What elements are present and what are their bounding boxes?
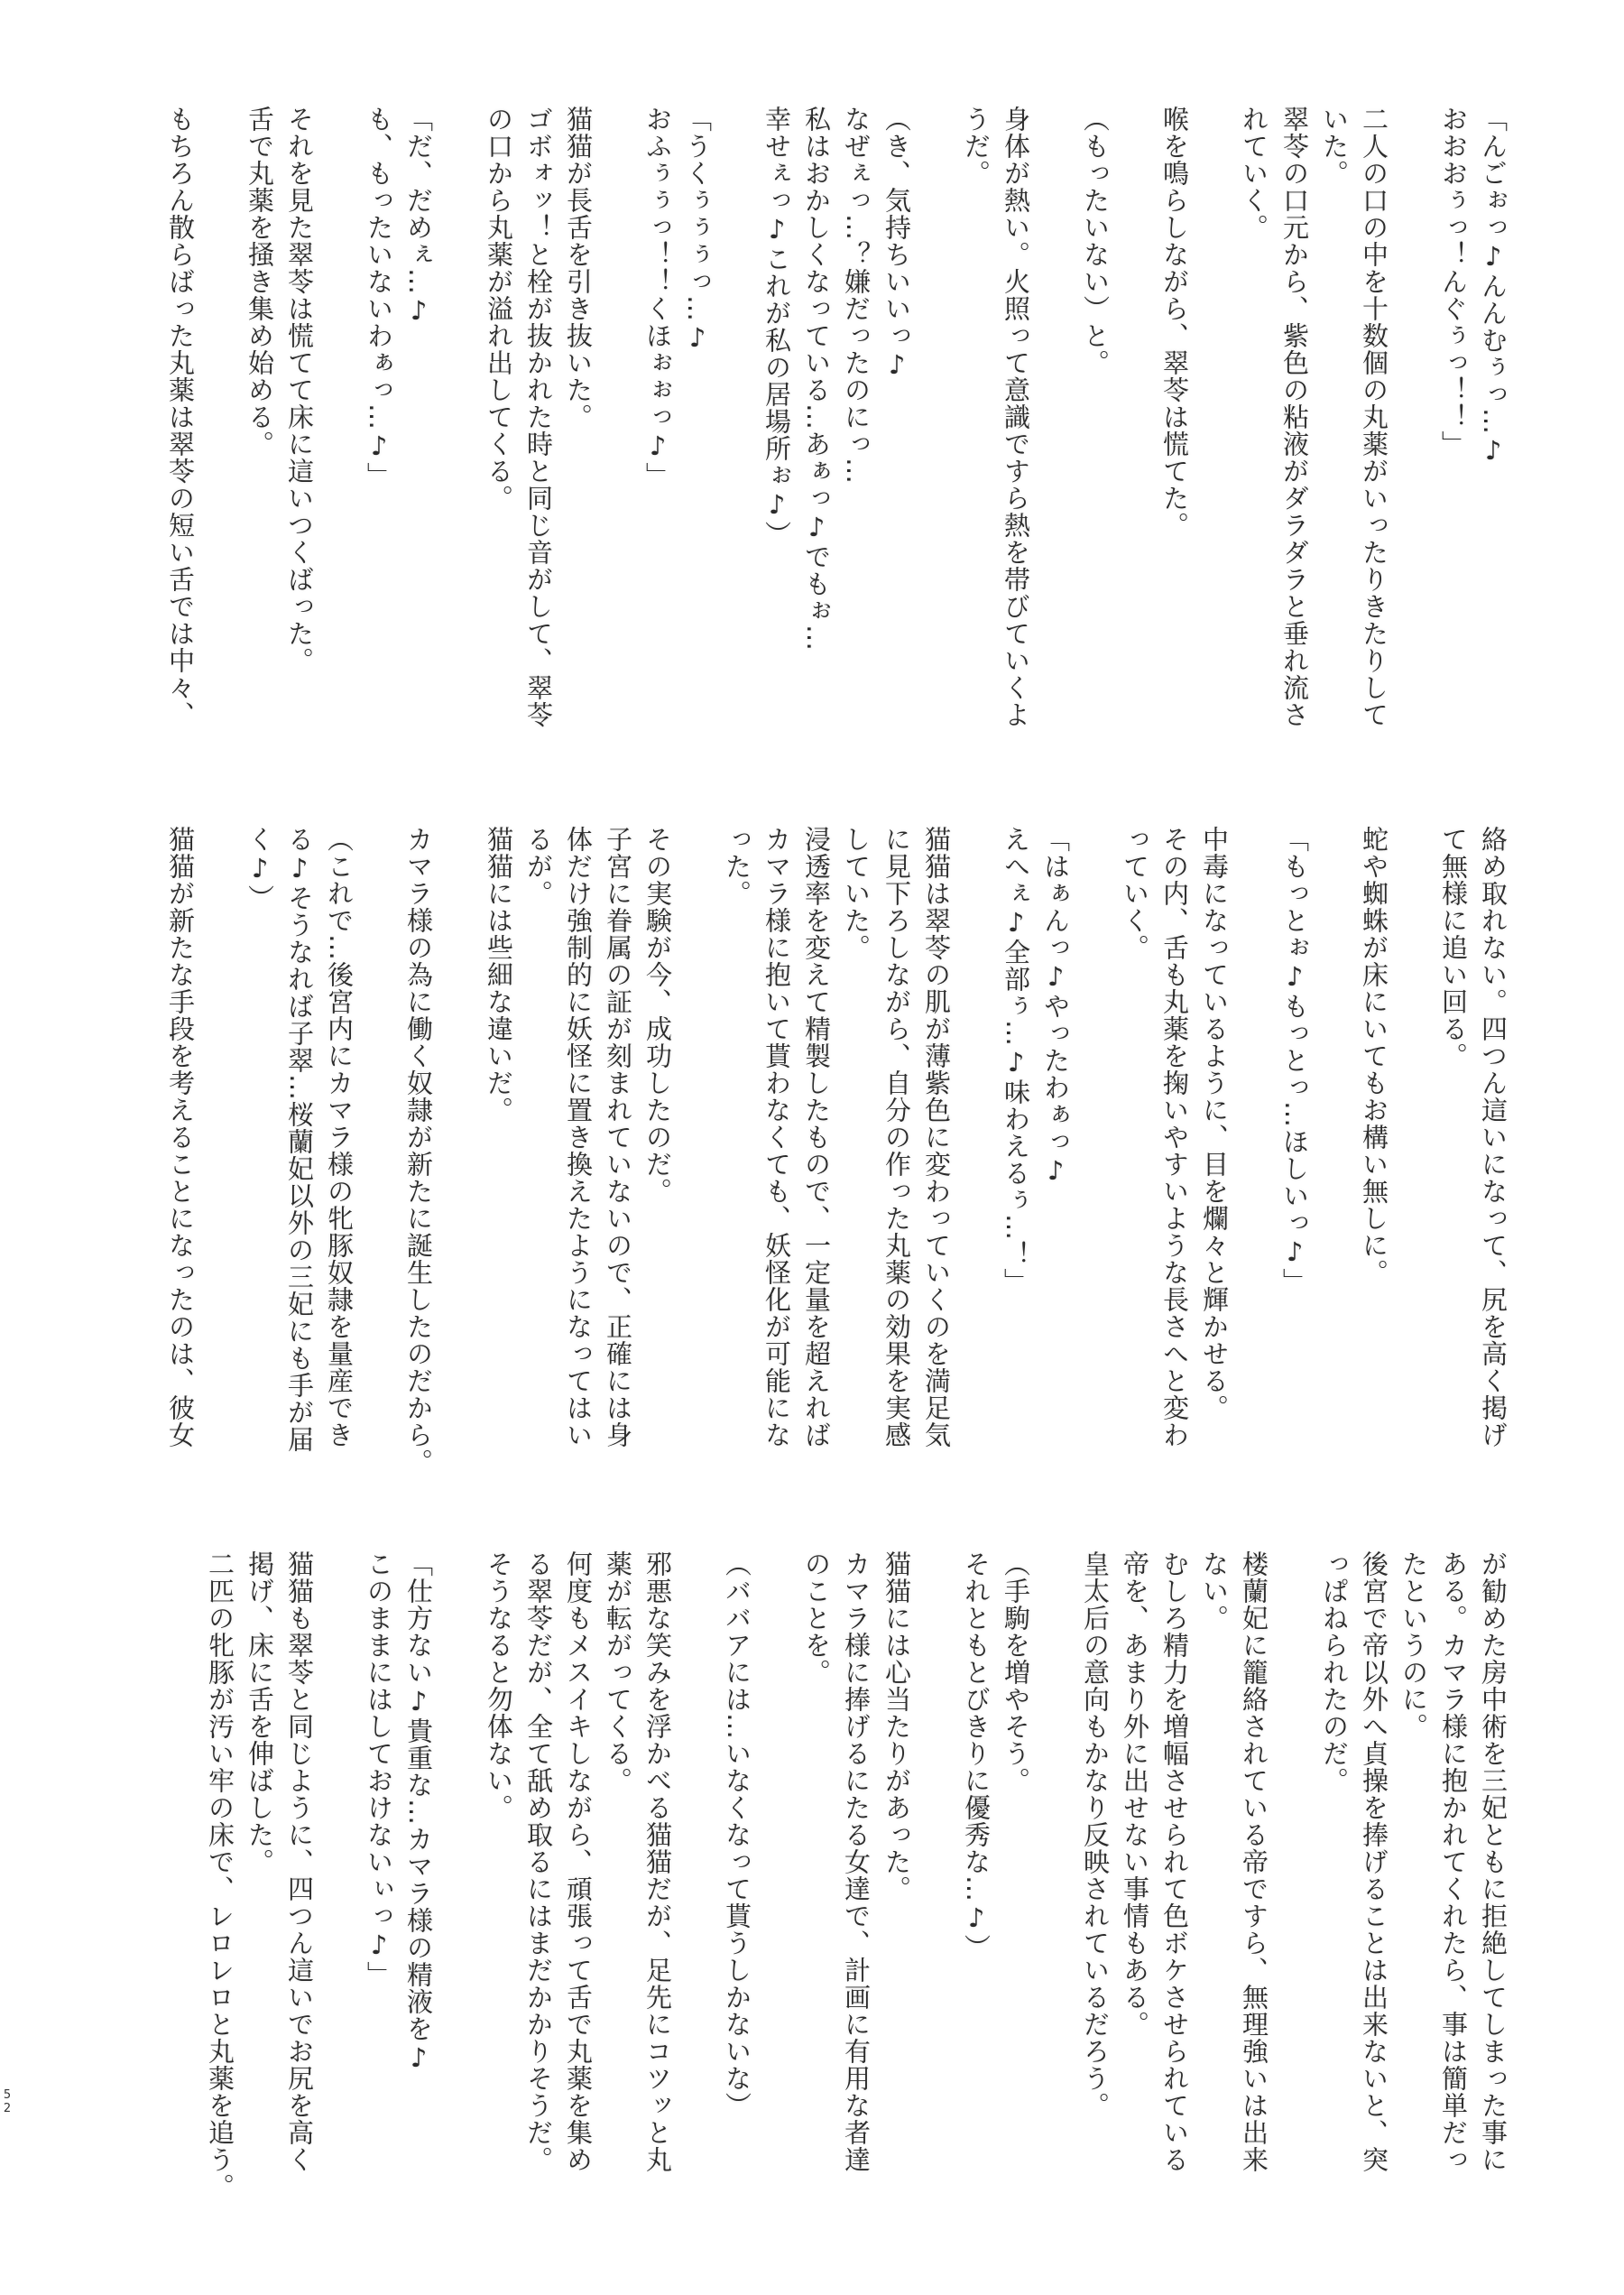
text-column: 猫猫には心当たりがあった。 [883,1550,910,1902]
text-column: それを見た翠苓は慌てて床に這いつくばった。 [286,106,313,674]
text-column: 「もっとぉ♪もっとっ…ほしいっ♪」 [1281,826,1308,1295]
text-column: 帝を、あまり外に出せない事情もある。 [1121,1550,1149,2038]
text-column: った。 [724,826,751,907]
text-column: 皇太后の意向もかなり反映されているだろう。 [1082,1550,1109,2119]
text-column: カマラ様の為に働く奴隷が新たに誕生したのだから。 [405,826,432,1476]
text-column: 身体が熱い。火照って意識ですら熱を帯びていくよ [1002,106,1029,728]
text-column: が勧めた房中術を三妃ともに拒絶してしまった事に [1480,1550,1507,2173]
text-column: 「うくぅぅぅっ…♪ [684,106,711,354]
text-column: （これで…後宮内にカマラ様の牝豚奴隷を量産でき [326,826,353,1448]
text-column: 幸せぇっ♪これが私の居場所ぉ♪） [763,106,790,548]
text-column: 薬が転がってくる。 [604,1550,632,1794]
text-column: 私はおかしくなっている…あぁっ♪でもぉ… [803,106,830,652]
text-column: 「んごぉっ♪んんむぅっ…♪ [1480,106,1507,467]
text-column: ある。カマラ様に抱かれてくれたら、事は簡単だっ [1440,1550,1467,2173]
text-column: その実験が今、成功したのだ。 [644,826,671,1205]
text-column: うだ。 [963,106,990,187]
text-column: 舌で丸薬を掻き集め始める。 [246,106,273,458]
text-column: のことを。 [803,1550,830,1686]
text-column: く♪） [246,826,273,912]
text-column: 邪悪な笑みを浮かべる猫猫だが、足先にコツッと丸 [644,1550,671,2173]
text-column: ゴボォッ！と栓が抜かれた時と同じ音がして、翠苓 [525,106,552,728]
text-column: もちろん散らばった丸薬は翠苓の短い舌では中々、 [167,106,194,728]
text-column: カマラ様に捧げるにたる女達で、計画に有用な者達 [843,1550,870,2173]
text-column: に見下ろしながら、自分の作った丸薬の効果を実感 [883,826,910,1448]
text-column: 「だ、だめぇ…♪ [405,106,432,327]
text-column: 子宮に眷属の証が刻まれていないので、正確には身 [604,826,632,1448]
text-column: 蛇や蜘蛛が床にいてもお構い無しに。 [1361,826,1388,1286]
text-column: 猫猫も翠苓と同じように、四つん這いでお尻を高く [286,1550,313,2173]
text-column: る♪そうなれば子翠…桜蘭妃以外の三妃にも手が届 [286,826,313,1453]
text-column: なぜぇっ…？嫌だったのにっ… [843,106,870,485]
text-column: も、もったいないわぁっ…♪」 [365,106,392,489]
text-column: それともとびきりに優秀な…♪） [963,1550,990,1961]
text-column: て無様に追い回る。 [1440,826,1467,1069]
text-column: 二人の口の中を十数個の丸薬がいったりきたりして [1361,106,1388,728]
text-column: 「はぁんっ♪やったわぁっ♪ [1042,826,1069,1187]
text-column: 「仕方ない♪貴重な…カマラ様の精液を♪ [405,1550,432,2074]
text-column: （手駒を増やそう。 [1002,1550,1029,1794]
text-column: 猫猫には些細な違いだ。 [485,826,512,1124]
text-column: 翠苓の口元から、紫色の粘液がダラダラと垂れ流さ [1281,106,1308,728]
text-column: の口から丸薬が溢れ出してくる。 [485,106,512,512]
page-number: 52 [2,2088,13,2115]
novel-page: 「んごぉっ♪んんむぅっ…♪おおおぅっ！んぐぅっ！！」二人の口の中を十数個の丸薬が… [0,0,1624,2295]
text-column: れていく。 [1241,106,1268,241]
text-column: 猫猫は翠苓の肌が薄紫色に変わっていくのを満足気 [923,826,950,1448]
text-column: 二匹の牝豚が汚い牢の床で、レロレロと丸薬を追う。 [207,1550,234,2200]
text-column: 喉を鳴らしながら、翠苓は慌てた。 [1161,106,1188,539]
text-column: 浸透率を変えて精製したもので、一定量を超えれば [803,826,830,1448]
text-column: そうなると勿体ない。 [485,1550,512,1821]
text-column: たというのに。 [1400,1550,1427,1740]
text-column: むしろ精力を増幅させられて色ボケさせられている [1161,1550,1188,2173]
text-column: （もったいない）と。 [1082,106,1109,376]
text-column: いた。 [1321,106,1348,187]
text-column: えへぇ♪全部ぅ…♪味わえるぅ…！」 [1002,826,1029,1295]
text-column: カマラ様に抱いて貰わなくても、妖怪化が可能にな [763,826,790,1448]
text-column: このままにはしておけないぃっ♪」 [365,1550,392,1988]
text-column: 何度もメスイキしながら、頑張って舌で丸薬を集め [565,1550,592,2173]
text-column: おふぅぅっ！！くほぉぉっ♪」 [644,106,671,489]
text-column: おおおぅっ！んぐぅっ！！」 [1440,106,1467,458]
text-column: 中毒になっているように、目を爛々と輝かせる。 [1201,826,1228,1421]
text-column: （ババアには…いなくなって貰うしかないな） [724,1550,751,2119]
text-column: る翠苓だが、全て舐め取るにはまだかかりそうだ。 [525,1550,552,2173]
text-column: 掲げ、床に舌を伸ばした。 [246,1550,273,1875]
text-column: していた。 [843,826,870,961]
text-column: っぱねられたのだ。 [1321,1550,1348,1794]
text-column: 猫猫が長舌を引き抜いた。 [565,106,592,430]
text-column: っていく。 [1121,826,1149,961]
text-column: 後宮で帝以外へ貞操を捧げることは出来ないと、突 [1361,1550,1388,2173]
text-column: 楼蘭妃に籠絡されている帝ですら、無理強いは出来 [1241,1550,1268,2173]
text-column: 猫猫が新たな手段を考えることになったのは、彼女 [167,826,194,1448]
text-column: （き、気持ちいいっ♪ [883,106,910,381]
text-column: 体だけ強制的に妖怪に置き換えたようになってはい [565,826,592,1448]
text-column: 絡め取れない。四つん這いになって、尻を高く掲げ [1480,826,1507,1448]
text-column: その内、舌も丸薬を掬いやすいような長さへと変わ [1161,826,1188,1448]
text-column: るが。 [525,826,552,907]
text-column: ない。 [1201,1550,1228,1632]
